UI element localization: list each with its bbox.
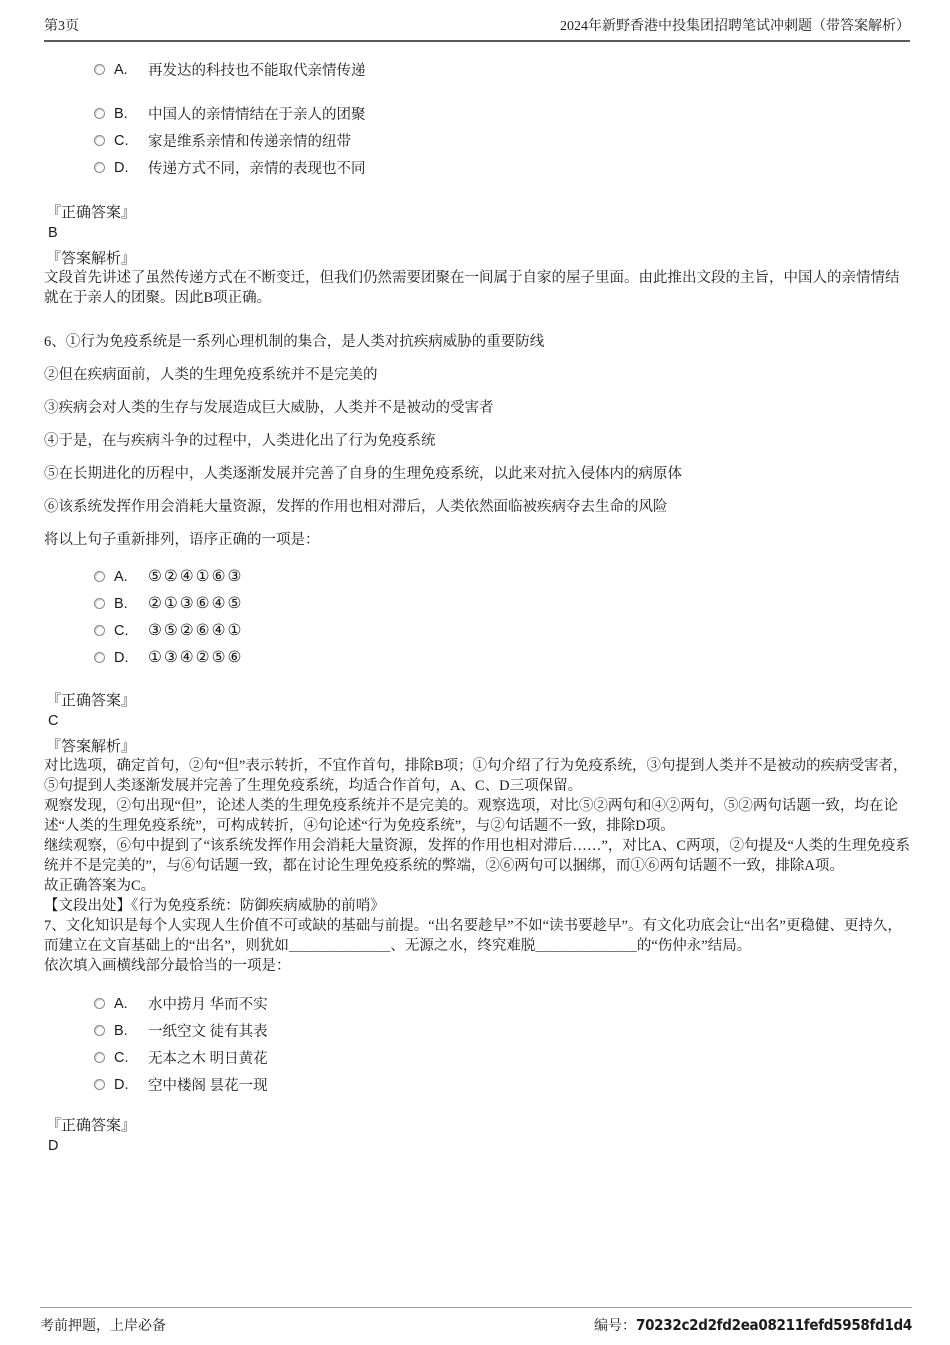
- q6-stem-line: ③疾病会对人类的生存与发展造成巨大威胁，人类并不是被动的受害者: [44, 398, 910, 418]
- serial-label: 编号：: [594, 1319, 636, 1334]
- serial-number: 70232c2d2fd2ea08211fefd5958fd1d4: [636, 1316, 912, 1334]
- q7-prompt: 依次填入画横线部分最恰当的一项是：: [44, 956, 910, 976]
- option-text: 家是维系亲情和传递亲情的纽带: [148, 130, 351, 151]
- q7-option-d[interactable]: D. 空中楼阁 昙花一现: [94, 1071, 910, 1098]
- q5-answer-heading: 『正确答案』: [46, 201, 910, 222]
- q5-option-b-radio[interactable]: [94, 108, 105, 119]
- q6-source: 【文段出处】《行为免疫系统：防御疾病威胁的前哨》: [44, 896, 910, 916]
- q6-analysis-paragraph: 对比选项，确定首句，②句“但”表示转折，不宜作首句，排除B项；①句介绍了行为免疫…: [44, 756, 910, 796]
- q6-stem-line: ⑥该系统发挥作用会消耗大量资源，发挥的作用也相对滞后，人类依然面临被疾病夺去生命…: [44, 497, 910, 517]
- option-letter: B.: [114, 106, 148, 122]
- q5-option-b[interactable]: B. 中国人的亲情情结在于亲人的团聚: [94, 100, 910, 127]
- q7-options: A. 水中捞月 华而不实 B. 一纸空文 徒有其表 C. 无本之木 明日黄花 D…: [94, 990, 910, 1098]
- q5-option-c[interactable]: C. 家是维系亲情和传递亲情的纽带: [94, 127, 910, 154]
- q6-stem: 6、①行为免疫系统是一系列心理机制的集合，是人类对抗疾病威胁的重要防线 ②但在疾…: [44, 332, 910, 550]
- q5-option-c-radio[interactable]: [94, 135, 105, 146]
- option-letter: A.: [114, 996, 148, 1012]
- option-letter: C.: [114, 623, 148, 639]
- q5-options: A. 再发达的科技也不能取代亲情传递 B. 中国人的亲情情结在于亲人的团聚 C.…: [94, 56, 910, 181]
- q6-stem-line: ②但在疾病面前，人类的生理免疫系统并不是完美的: [44, 365, 910, 385]
- option-text: ⑤②④①⑥③: [148, 567, 243, 586]
- q5-analysis-heading: 『答案解析』: [46, 247, 910, 268]
- q7-answer-heading: 『正确答案』: [46, 1114, 910, 1135]
- q6-option-d-radio[interactable]: [94, 652, 105, 663]
- option-text: 水中捞月 华而不实: [148, 993, 268, 1014]
- q6-stem-line: ⑤在长期进化的历程中，人类逐渐发展并完善了自身的生理免疫系统，以此来对抗入侵体内…: [44, 464, 910, 484]
- option-text: 无本之木 明日黄花: [148, 1047, 268, 1068]
- q7-option-a-radio[interactable]: [94, 998, 105, 1009]
- page-footer: 考前押题，上岸必备 编号：70232c2d2fd2ea08211fefd5958…: [40, 1307, 912, 1335]
- option-text: 再发达的科技也不能取代亲情传递: [148, 59, 366, 80]
- q6-option-d[interactable]: D. ①③④②⑤⑥: [94, 644, 910, 671]
- q6-analysis-paragraph: 观察发现，②句出现“但”，论述人类的生理免疫系统并不是完美的。观察选项，对比⑤②…: [44, 796, 910, 836]
- option-text: 传递方式不同，亲情的表现也不同: [148, 157, 366, 178]
- q5-analysis: 文段首先讲述了虽然传递方式在不断变迁，但我们仍然需要团聚在一间属于自家的屋子里面…: [44, 268, 910, 308]
- q6-stem-prompt: 将以上句子重新排列，语序正确的一项是：: [44, 530, 910, 550]
- q6-analysis-heading: 『答案解析』: [46, 735, 910, 756]
- option-letter: C.: [114, 1050, 148, 1066]
- q6-option-c-radio[interactable]: [94, 625, 105, 636]
- q6-analysis-paragraph: 继续观察，⑥句中提到了“该系统发挥作用会消耗大量资源，发挥的作用也相对滞后……”…: [44, 836, 910, 876]
- option-letter: D.: [114, 650, 148, 666]
- q7-option-d-radio[interactable]: [94, 1079, 105, 1090]
- option-letter: A.: [114, 62, 148, 78]
- option-text: ②①③⑥④⑤: [148, 594, 243, 613]
- q6-option-b-radio[interactable]: [94, 598, 105, 609]
- q7-option-b-radio[interactable]: [94, 1025, 105, 1036]
- q5-option-a-radio[interactable]: [94, 64, 105, 75]
- q6-option-b[interactable]: B. ②①③⑥④⑤: [94, 590, 910, 617]
- q7-option-b[interactable]: B. 一纸空文 徒有其表: [94, 1017, 910, 1044]
- page-number: 第3页: [44, 15, 79, 35]
- option-text: 中国人的亲情情结在于亲人的团聚: [148, 103, 366, 124]
- q5-answer: B: [48, 225, 910, 241]
- q6-options: A. ⑤②④①⑥③ B. ②①③⑥④⑤ C. ③⑤②⑥④① D. ①③④②⑤⑥: [94, 563, 910, 671]
- page-header: 第3页 2024年新野香港中投集团招聘笔试冲刺题（带答案解析）: [44, 0, 910, 42]
- page-content: A. 再发达的科技也不能取代亲情传递 B. 中国人的亲情情结在于亲人的团聚 C.…: [44, 56, 910, 1154]
- option-letter: D.: [114, 1077, 148, 1093]
- q6-option-c[interactable]: C. ③⑤②⑥④①: [94, 617, 910, 644]
- q5-option-d-radio[interactable]: [94, 162, 105, 173]
- q7-option-a[interactable]: A. 水中捞月 华而不实: [94, 990, 910, 1017]
- option-letter: C.: [114, 133, 148, 149]
- q5-option-d[interactable]: D. 传递方式不同，亲情的表现也不同: [94, 154, 910, 181]
- option-letter: B.: [114, 1023, 148, 1039]
- document-title: 2024年新野香港中投集团招聘笔试冲刺题（带答案解析）: [560, 15, 910, 35]
- q5-option-a[interactable]: A. 再发达的科技也不能取代亲情传递: [94, 56, 910, 83]
- q6-answer-heading: 『正确答案』: [46, 689, 910, 710]
- q6-stem-line: ④于是，在与疾病斗争的过程中，人类进化出了行为免疫系统: [44, 431, 910, 451]
- footer-slogan: 考前押题，上岸必备: [40, 1315, 166, 1335]
- option-letter: A.: [114, 569, 148, 585]
- q6-option-a[interactable]: A. ⑤②④①⑥③: [94, 563, 910, 590]
- q7-option-c[interactable]: C. 无本之木 明日黄花: [94, 1044, 910, 1071]
- option-letter: B.: [114, 596, 148, 612]
- q7-answer: D: [48, 1138, 910, 1154]
- q6-answer: C: [48, 713, 910, 729]
- q6-conclusion: 故正确答案为C。: [44, 876, 910, 896]
- exam-page: 第3页 2024年新野香港中投集团招聘笔试冲刺题（带答案解析） A. 再发达的科…: [0, 0, 950, 1345]
- q7-stem: 7、文化知识是每个人实现人生价值不可或缺的基础与前提。“出名要趁早”不如“读书要…: [44, 916, 910, 956]
- q6-stem-line: 6、①行为免疫系统是一系列心理机制的集合，是人类对抗疾病威胁的重要防线: [44, 332, 910, 352]
- footer-serial: 编号：70232c2d2fd2ea08211fefd5958fd1d4: [594, 1315, 912, 1335]
- option-text: 一纸空文 徒有其表: [148, 1020, 268, 1041]
- q6-option-a-radio[interactable]: [94, 571, 105, 582]
- q7-option-c-radio[interactable]: [94, 1052, 105, 1063]
- option-text: 空中楼阁 昙花一现: [148, 1074, 268, 1095]
- option-text: ①③④②⑤⑥: [148, 648, 243, 667]
- option-letter: D.: [114, 160, 148, 176]
- option-text: ③⑤②⑥④①: [148, 621, 243, 640]
